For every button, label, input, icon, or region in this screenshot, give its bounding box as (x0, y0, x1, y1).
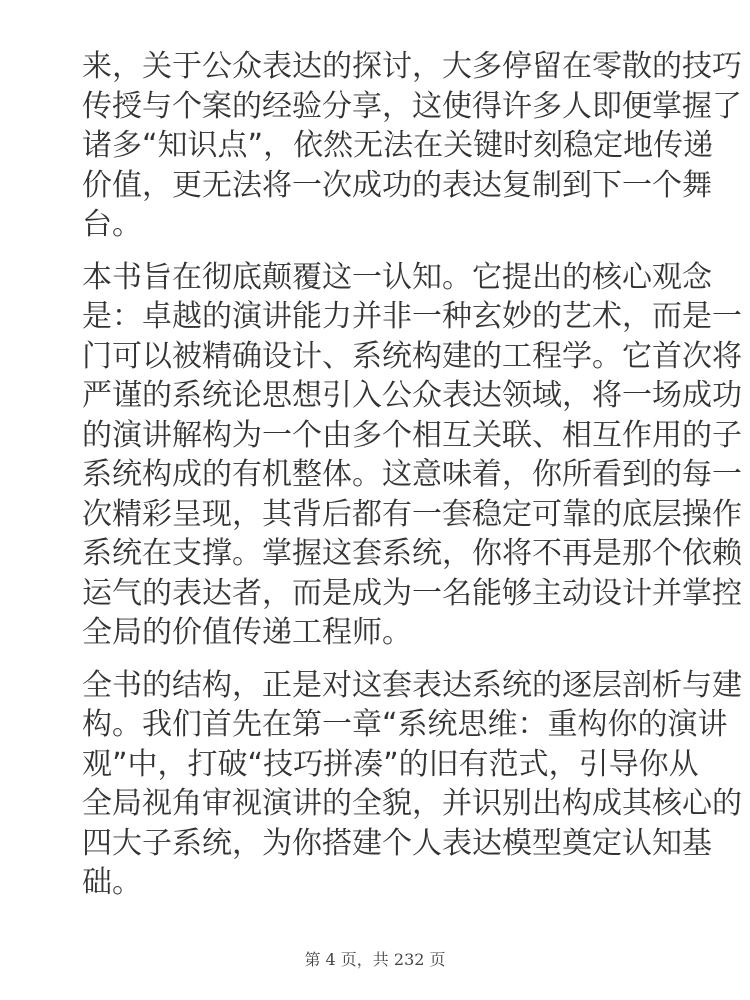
text-line: 严谨的系统论思想引入公众表达领域，将一场成功 (82, 376, 672, 416)
paragraph-2: 本书旨在彻底颠覆这一认知。它提出的核心观念 是：卓越的演讲能力并非一种玄妙的艺术… (82, 258, 672, 653)
paragraph-1: 来，关于公众表达的探讨，大多停留在零散的技巧 传授与个案的经验分享，这使得许多人… (82, 47, 672, 245)
text-line: 全局视角审视演讲的全貌，并识别出构成其核心的 (82, 784, 672, 824)
text-line: 构。我们首先在第一章“系统思维：重构你的演讲 (82, 705, 672, 745)
text-line: 四大子系统，为你搭建个人表达模型奠定认知基 (82, 824, 672, 864)
text-line: 系统在支撑。掌握这套系统，你将不再是那个依赖 (82, 534, 672, 574)
text-line: 全书的结构，正是对这套表达系统的逐层剖析与建 (82, 666, 672, 706)
text-line: 价值，更无法将一次成功的表达复制到下一个舞 (82, 166, 672, 206)
text-line: 来，关于公众表达的探讨，大多停留在零散的技巧 (82, 47, 672, 87)
page-number-footer: 第 4 页，共 232 页 (0, 950, 750, 970)
text-line: 本书旨在彻底颠覆这一认知。它提出的核心观念 (82, 258, 672, 298)
text-line: 的演讲解构为一个由多个相互关联、相互作用的子 (82, 416, 672, 456)
text-line: 门可以被精确设计、系统构建的工程学。它首次将 (82, 337, 672, 377)
text-line: 是：卓越的演讲能力并非一种玄妙的艺术，而是一 (82, 297, 672, 337)
text-line: 传授与个案的经验分享，这使得许多人即便掌握了 (82, 87, 672, 127)
text-line: 运气的表达者，而是成为一名能够主动设计并掌控 (82, 574, 672, 614)
text-line: 全局的价值传递工程师。 (82, 613, 672, 653)
text-line: 次精彩呈现，其背后都有一套稳定可靠的底层操作 (82, 495, 672, 535)
text-line: 观”中，打破“技巧拼凑”的旧有范式，引导你从 (82, 745, 672, 785)
page-body: 来，关于公众表达的探讨，大多停留在零散的技巧 传授与个案的经验分享，这使得许多人… (82, 47, 672, 916)
text-line: 台。 (82, 205, 672, 245)
text-line: 础。 (82, 863, 672, 903)
text-line: 系统构成的有机整体。这意味着，你所看到的每一 (82, 455, 672, 495)
text-line: 诸多“知识点”，依然无法在关键时刻稳定地传递 (82, 126, 672, 166)
paragraph-3: 全书的结构，正是对这套表达系统的逐层剖析与建 构。我们首先在第一章“系统思维：重… (82, 666, 672, 903)
